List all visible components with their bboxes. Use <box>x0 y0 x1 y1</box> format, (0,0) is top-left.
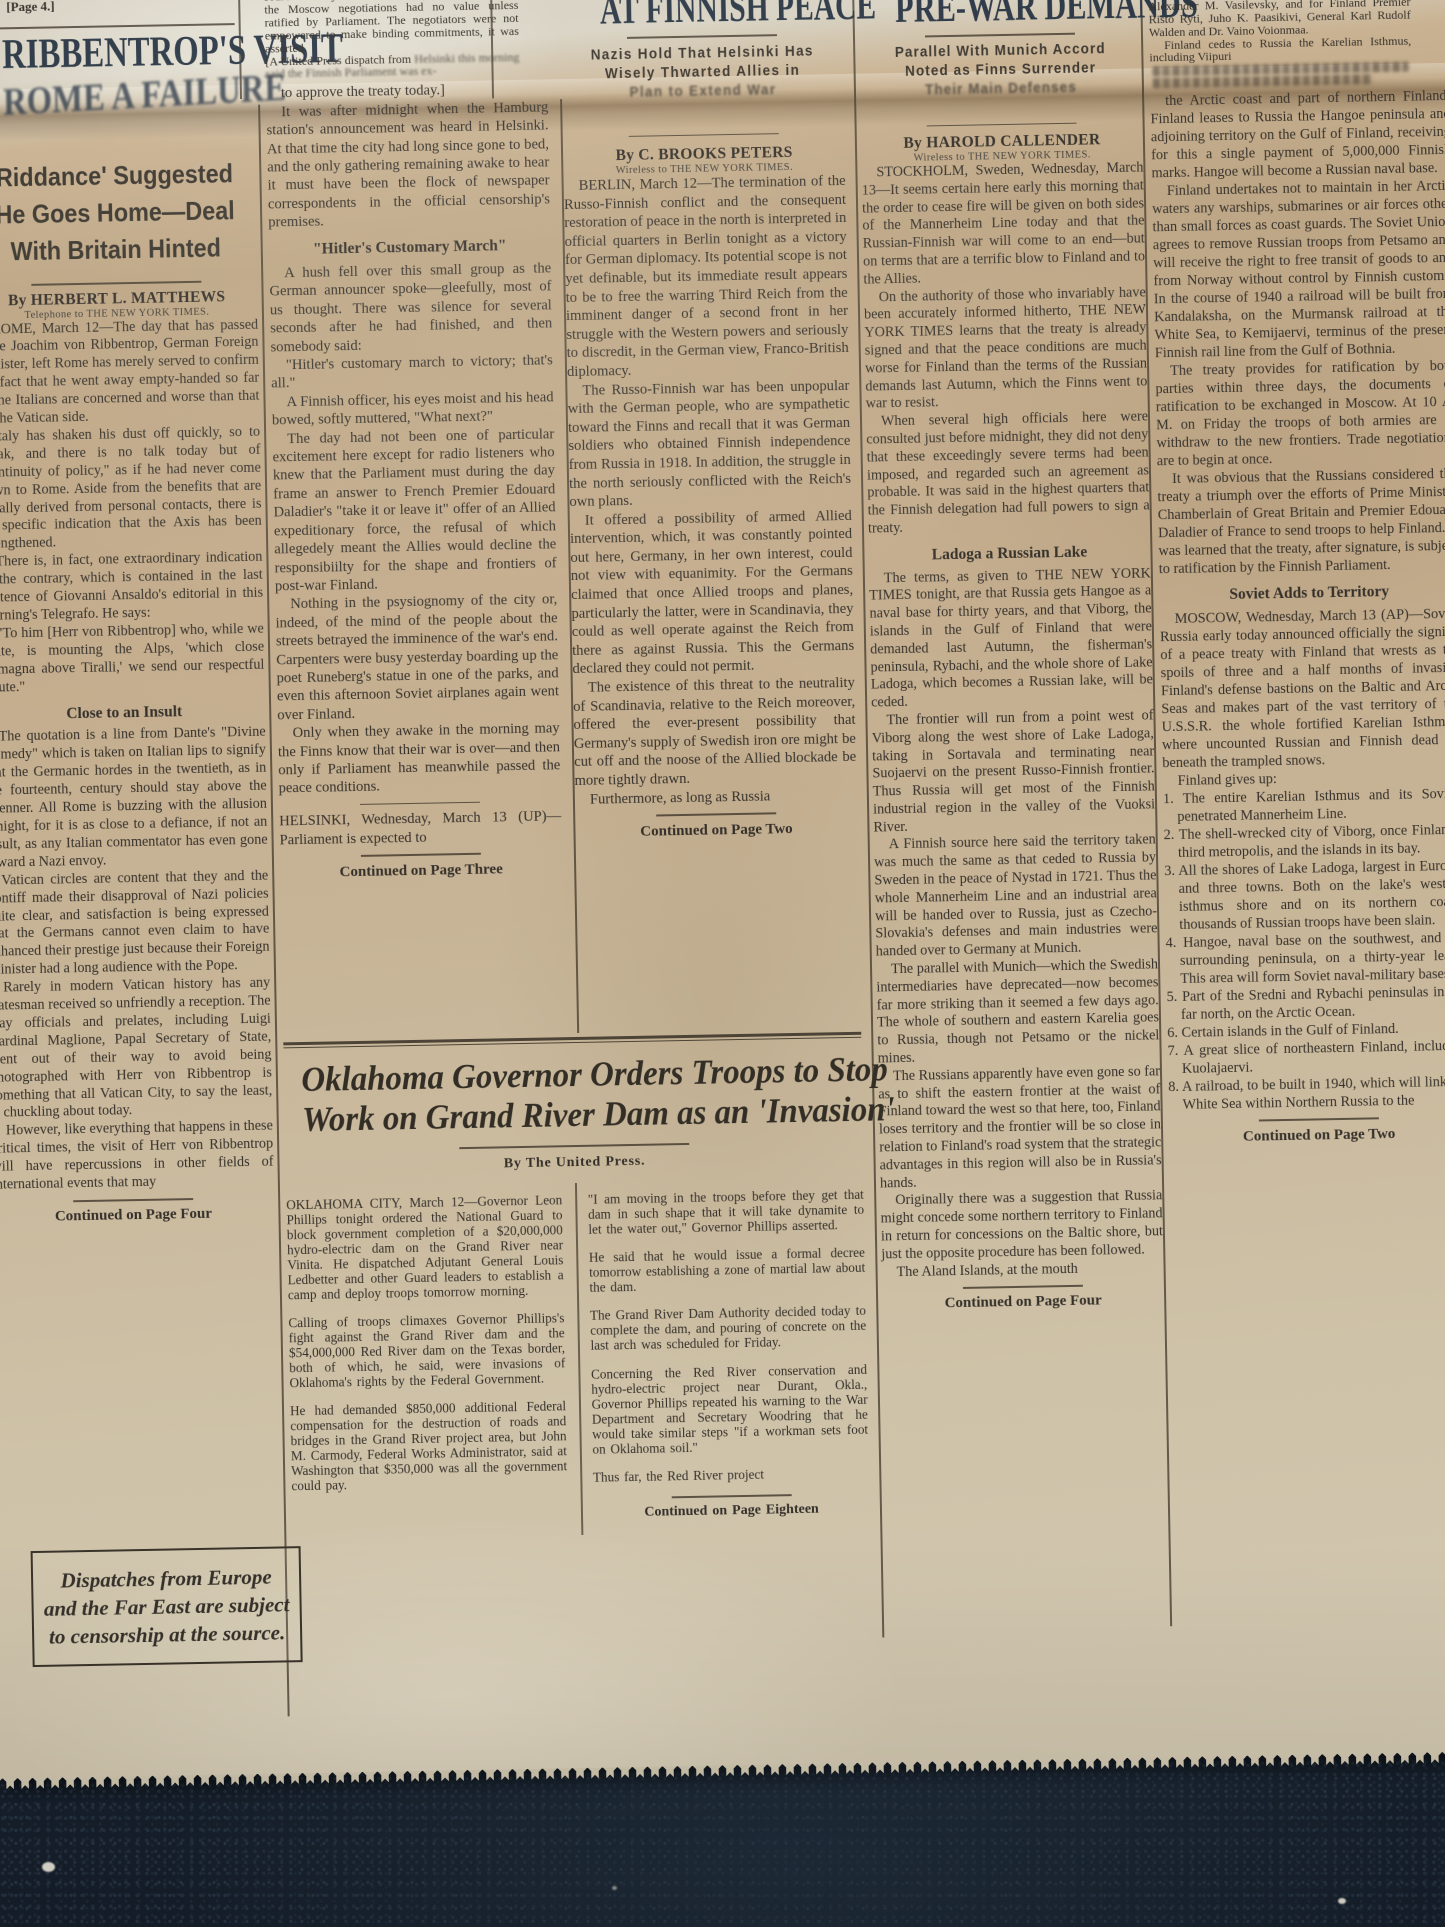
headline-pre-war-demands: PRE-WAR DEMANDS <box>895 0 1104 31</box>
divider-rule <box>629 133 779 137</box>
dateline-paragraph: HELSINKI, Wednesday, March 13 (UP)—Parli… <box>279 808 562 850</box>
paragraph: The frontier will run from a point west … <box>871 707 1155 837</box>
paragraph: M. Molotoff, Andrey A. Zhdanoff, Leningr… <box>1148 0 1411 39</box>
oklahoma-right-column: "I am moving in the troops before they g… <box>587 1174 869 1535</box>
paragraph: Rarely in modern Vatican history has any… <box>0 975 273 1123</box>
byline-united-press: By The United Press. <box>285 1150 863 1177</box>
headline-at-finnish-peace: AT FINNISH PEACE <box>600 0 804 31</box>
divider-rule <box>656 812 776 816</box>
paragraph: A Finnish officer, his eyes moist and hi… <box>271 388 554 430</box>
paragraph: sources merely reiterated that any accor… <box>264 0 519 55</box>
column-treaty-terms: M. Molotoff, Andrey A. Zhdanoff, Leningr… <box>1148 0 1445 1147</box>
headline-rule <box>925 33 1075 37</box>
continued-notice: Continued on Page Eighteen <box>593 1500 869 1520</box>
crosshead-soviet-adds-territory: Soviet Adds to Territory <box>1159 582 1445 605</box>
paragraph: When several high officials here were co… <box>866 409 1150 539</box>
deck-riddance-suggested: Riddance' Suggested He Goes Home—Deal Wi… <box>0 155 257 271</box>
paragraph-group: BERLIN, March 12—The termination of the … <box>563 172 857 809</box>
strip-text: M. Molotoff, Andrey A. Zhdanoff, Leningr… <box>1148 0 1412 89</box>
paragraph: It was obvious that the Russians conside… <box>1157 465 1445 578</box>
oklahoma-left-column: OKLAHOMA CITY, March 12—Governor Leon Ph… <box>286 1179 568 1540</box>
paragraph: The existence of this threat to the neut… <box>573 674 857 791</box>
paragraph-group: STOCKHOLM, Sweden, Wednesday, March 13—I… <box>861 159 1150 538</box>
paragraph: BERLIN, March 12—The termination of the … <box>563 172 849 382</box>
article-body: to approve the treaty today.]It was afte… <box>266 80 563 883</box>
paragraph: He had demanded $850,000 additional Fede… <box>290 1399 568 1494</box>
paragraph: The day had not been one of particular e… <box>272 425 557 596</box>
crosshead-close-to-an-insult: Close to an Insult <box>0 701 265 724</box>
paragraph: ROME, March 12—The day that has passed s… <box>0 316 260 429</box>
paragraph: STOCKHOLM, Sweden, Wednesday, March 13—I… <box>861 159 1145 289</box>
paragraph: Nothing in the psysiognomy of the city o… <box>275 591 559 725</box>
column-stockholm: TERMS EXCEED PRE-WAR DEMANDS Parallel Wi… <box>858 0 1164 1314</box>
lint-speck <box>1338 1898 1346 1904</box>
paragraph: The Grand River Dam Authority decided to… <box>590 1303 867 1353</box>
oklahoma-story-block: Oklahoma Governor Orders Troops to Stop … <box>283 1032 870 1540</box>
divider-rule <box>361 853 481 857</box>
deck-parallel-with-munich: Parallel With Munich Accord Noted as Fin… <box>859 38 1142 100</box>
paragraph-group: the Arctic coast and part of northern Fi… <box>1150 87 1445 578</box>
paragraph: Calling of troops climaxes Governor Phil… <box>288 1311 565 1391</box>
paragraph: the Arctic coast and part of northern Fi… <box>1150 87 1445 182</box>
paragraph: "Hitler's customary march to victory; th… <box>271 351 554 393</box>
paragraph: Originally there was a suggestion that R… <box>880 1188 1163 1264</box>
censorship-notice-box: Dispatches from Europe and the Far East … <box>31 1546 303 1667</box>
article-body: ROME, March 12—The day that has passed s… <box>0 316 275 1227</box>
divider-rule <box>459 1143 689 1149</box>
numbered-item: 8. A railroad, to be built in 1940, whic… <box>1168 1073 1445 1114</box>
divider-rule <box>927 122 1077 126</box>
headline-rule <box>627 34 777 38</box>
paragraph: Vatican circles are content that they an… <box>0 867 270 980</box>
strip-text: sources merely reiterated that any accor… <box>264 0 520 81</box>
paragraph: "I am moving in the troops before they g… <box>588 1187 865 1237</box>
crosshead-hitlers-customary-march: "Hitler's Customary March" <box>269 236 551 260</box>
paragraph: On the authority of those who invariably… <box>864 284 1148 414</box>
deck-line: He Goes Home—Deal <box>0 192 242 234</box>
paragraph: [A United Press dispatch from Helsinki t… <box>265 50 519 80</box>
paragraph: MOSCOW, Wednesday, March 13 (AP)—Soviet … <box>1160 605 1445 772</box>
divider-rule <box>360 801 480 805</box>
headline-rome-a-failure: ROME A FAILURE <box>3 71 224 123</box>
paragraph: Finland cedes to Russia the Karelian Ist… <box>1149 34 1411 65</box>
numbered-item: 2. The shell-wrecked city of Viborg, onc… <box>1163 821 1445 862</box>
paragraph-group: The quotation is a line from Dante's "Di… <box>0 724 274 1195</box>
photo-of-newspaper-on-carpet: [Page 4.] RIBBENTROP'S VISIT ROME A FAIL… <box>0 0 1445 1927</box>
paragraph: "To him [Herr von Ribbentrop] who, while… <box>0 621 265 698</box>
paragraph-group: OKLAHOMA CITY, March 12—Governor Leon Ph… <box>286 1192 567 1493</box>
headline-ribbentrops-visit: RIBBENTROP'S VISIT <box>2 29 223 77</box>
column-rule <box>575 1183 583 1535</box>
paragraph: OKLAHOMA CITY, March 12—Governor Leon Ph… <box>286 1192 564 1302</box>
lint-speck <box>42 1862 55 1872</box>
divider-rule <box>671 1494 791 1498</box>
paragraph: A Finnish source here said the territory… <box>874 832 1158 962</box>
gives-up-list: 1. The entire Karelian Isthmus and its S… <box>1163 785 1445 1114</box>
deck-nazis-hold: Nazis Hold That Helsinki Has Wisely Thwa… <box>561 40 844 102</box>
article-body: the Arctic coast and part of northern Fi… <box>1150 87 1445 1147</box>
paragraph: The Russians apparently have even gone s… <box>878 1063 1162 1193</box>
deck-line-blurred: Their Main Defenses <box>874 76 1128 100</box>
paragraph: The parallel with Munich—which the Swedi… <box>876 956 1160 1068</box>
deck-line: Riddance' Suggested <box>0 155 242 197</box>
column-ribbentrop: RIBBENTROP'S VISIT ROME A FAILURE Riddan… <box>0 29 275 1227</box>
paragraph-group: to approve the treaty today.]It was afte… <box>266 80 551 232</box>
paragraph-group: A hush fell over this small group as the… <box>269 259 561 798</box>
paragraph: Italy has shaken his dust off quickly, s… <box>0 424 262 554</box>
numbered-item: 7. A great slice of northeastern Finland… <box>1167 1037 1445 1078</box>
paragraph: It offered a possibility of armed Allied… <box>570 507 855 679</box>
paragraph: He said that he would issue a formal dec… <box>589 1245 866 1295</box>
paragraph: There is, in fact, one extraordinary ind… <box>0 549 264 626</box>
paragraph: The terms, as given to THE NEW YORK TIME… <box>869 565 1154 713</box>
newspaper-page: [Page 4.] RIBBENTROP'S VISIT ROME A FAIL… <box>0 0 1445 1790</box>
numbered-item: 5. Part of the Sredni and Rybachi penins… <box>1166 983 1445 1024</box>
paragraph: Thus far, the Red River project <box>593 1465 869 1485</box>
paragraph: The quotation is a line from Dante's "Di… <box>0 724 268 872</box>
illegible-text <box>1153 75 1373 89</box>
paragraph: The treaty provides for ratification by … <box>1155 357 1445 470</box>
paragraph: Concerning the Red River conservation an… <box>591 1361 869 1456</box>
divider-rule <box>963 1285 1083 1289</box>
article-body: STOCKHOLM, Sweden, Wednesday, March 13—I… <box>861 159 1164 1314</box>
column-berlin: AT FINNISH PEACE Nazis Hold That Helsink… <box>560 0 858 842</box>
paragraph-group: ROME, March 12—The day that has passed s… <box>0 316 265 697</box>
paragraph: A hush fell over this small group as the… <box>269 259 553 356</box>
paragraph-group: "I am moving in the troops before they g… <box>588 1187 869 1485</box>
paragraph: Finland undertakes not to maintain in he… <box>1152 177 1445 362</box>
lint-speck <box>612 1886 617 1890</box>
paragraph: The Russo-Finnish war has been unpopular… <box>567 376 851 511</box>
divider-rule <box>1259 1118 1379 1122</box>
paragraph: It was after midnight when the Hamburg s… <box>266 98 550 232</box>
divider-rule <box>73 1198 193 1202</box>
article-body: BERLIN, March 12—The termination of the … <box>563 172 857 842</box>
numbered-item: 3. All the shores of Lake Ladoga, larges… <box>1164 857 1445 934</box>
deck-line: With Britain Hinted <box>0 229 243 271</box>
deck-line-blurred: Plan to Extend War <box>576 79 830 103</box>
numbered-item: 4. Hangoe, naval base on the southwest, … <box>1165 929 1445 988</box>
paragraph: However, like everything that happens in… <box>0 1118 274 1195</box>
paragraph: Only when they awake in the morning may … <box>277 719 560 798</box>
divider-rule <box>31 281 201 286</box>
headline-grand-river-dam: Work on Grand River Dam as an 'Invasion' <box>302 1090 846 1140</box>
paragraph-group: The terms, as given to THE NEW YORK TIME… <box>869 565 1164 1282</box>
numbered-item: 1. The entire Karelian Isthmus and its S… <box>1163 785 1445 826</box>
page-corner-label: [Page 4.] <box>6 0 55 15</box>
oklahoma-columns: OKLAHOMA CITY, March 12—Governor Leon Ph… <box>286 1174 870 1540</box>
crosshead-ladoga-russian-lake: Ladoga a Russian Lake <box>868 542 1150 565</box>
column-helsinki: sources merely reiterated that any accor… <box>264 0 562 882</box>
